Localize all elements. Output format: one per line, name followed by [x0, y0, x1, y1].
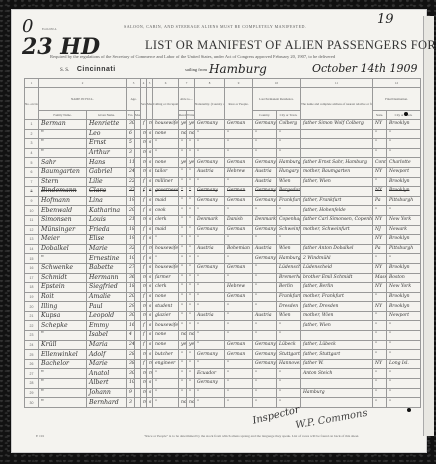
residence-city: Schweinfurt	[277, 225, 301, 235]
residence-city: Hannover	[277, 359, 301, 369]
table-row: 24KrüllMaria24fsnoneyesyes"GermanGermany…	[25, 340, 421, 350]
nationality: "	[195, 331, 225, 341]
dest-city: Boston	[387, 273, 421, 283]
header-name-in-full: NAME IN FULL.	[39, 88, 127, 111]
row-number: 20	[25, 302, 39, 312]
dest-state: NY	[373, 167, 387, 177]
age-years: 6	[127, 129, 135, 139]
race: "	[225, 139, 253, 149]
nationality: Germany	[195, 187, 225, 197]
residence-city: Wien	[277, 311, 301, 321]
residence-country: Germany	[253, 158, 277, 168]
nearest-relative: father, Berlin	[301, 283, 373, 293]
nearest-relative: father, Wien	[301, 321, 373, 331]
family-name: Meier	[39, 235, 87, 245]
punch-mark	[404, 112, 408, 116]
calling: housewife	[153, 321, 179, 331]
can-write: "	[187, 206, 195, 216]
col-number: 8	[195, 79, 225, 88]
table-row: 16SchwenkeBabette27fshousewife""GermanyG…	[25, 263, 421, 273]
residence-country: "	[253, 263, 277, 273]
sex: m	[141, 215, 147, 225]
age-years: 3	[127, 148, 135, 158]
nearest-relative: Hamburg	[301, 388, 373, 398]
age-years: 10	[127, 254, 135, 264]
residence-city: "	[277, 331, 301, 341]
sex: m	[141, 388, 147, 398]
residence-country: Germany	[253, 187, 277, 197]
row-number: 12	[25, 225, 39, 235]
dest-city: New York	[387, 215, 421, 225]
sex: m	[141, 139, 147, 149]
can-write: "	[187, 235, 195, 245]
residence-country: "	[253, 273, 277, 283]
residence-city: Lübeck	[277, 340, 301, 350]
residence-country: Germany	[253, 350, 277, 360]
calling: glazier	[153, 311, 179, 321]
nationality: "	[195, 292, 225, 302]
age-years: 16	[127, 321, 135, 331]
header-relative: The name and complete address of nearest…	[301, 88, 373, 120]
residence-city: Bremerhaven	[277, 273, 301, 283]
col-number: 7	[179, 79, 195, 88]
nearest-relative: father Carl Simonsen, Copenhagen	[301, 215, 373, 225]
family-name: Schwenke	[39, 263, 87, 273]
can-read: "	[179, 273, 187, 283]
table-row: 17SchmidtHermann36msfarmer"""""Bremerhav…	[25, 273, 421, 283]
nearest-relative: father, Frankfurt	[301, 196, 373, 206]
col-number: 3	[127, 79, 141, 88]
row-number: 29	[25, 388, 39, 398]
row-number: 13	[25, 235, 39, 245]
sailing-from-label: sailing from	[185, 67, 207, 72]
race: "	[225, 331, 253, 341]
can-write: "	[187, 139, 195, 149]
can-read: "	[179, 379, 187, 389]
dest-city: Brooklyn	[387, 235, 421, 245]
can-read: "	[179, 369, 187, 379]
residence-country: Germany	[253, 196, 277, 206]
sex: m	[141, 148, 147, 158]
race: "	[225, 369, 253, 379]
residence-city: "	[277, 369, 301, 379]
calling: milliner	[153, 177, 179, 187]
table-row: 18EpsteinSiegfried18msclerk"""Hebrew"Ber…	[25, 283, 421, 293]
race: "	[225, 273, 253, 283]
ship-line: S. S. Cincinnati sailing from	[60, 66, 207, 73]
nearest-relative: father, Hohenfelde	[301, 206, 373, 216]
departure-date: October 14th 1909	[312, 62, 418, 75]
residence-city: Hungary	[277, 167, 301, 177]
col-number: 11	[301, 79, 373, 88]
nationality: "	[195, 302, 225, 312]
row-number: 17	[25, 273, 39, 283]
age-years: 28	[127, 350, 135, 360]
race: "	[225, 235, 253, 245]
can-write: "	[187, 177, 195, 187]
table-row: 19RoitAmalie20fsnone"""German"Frankfurtm…	[25, 292, 421, 302]
dest-state: NY	[373, 187, 387, 197]
can-read: no	[179, 398, 187, 408]
table-row: 28"Albert10ms"""Germany"""""	[25, 379, 421, 389]
dest-city: "	[387, 139, 421, 149]
family-name: "	[39, 331, 87, 341]
given-name: Babette	[87, 263, 127, 273]
table-row: 3"Ernst5ms"""""""""	[25, 139, 421, 149]
calling: housewife	[153, 263, 179, 273]
age-years: 18	[127, 283, 135, 293]
dest-city: "	[387, 331, 421, 341]
family-name: Kupsa	[39, 311, 87, 321]
race: "	[225, 398, 253, 408]
age-years: 11	[127, 158, 135, 168]
residence-country: Germany	[253, 340, 277, 350]
marital-status: m	[147, 369, 153, 379]
dest-state: NY	[373, 235, 387, 245]
can-read: no	[179, 129, 187, 139]
can-write: "	[187, 148, 195, 158]
dest-state: NY	[373, 283, 387, 293]
given-name: Louis	[87, 215, 127, 225]
dest-state: "	[373, 206, 387, 216]
header-able-to: Able to—	[179, 88, 195, 111]
given-name: Albert	[87, 379, 127, 389]
can-write: "	[187, 187, 195, 197]
nationality: "	[195, 177, 225, 187]
header-final-destination: Final Destination.	[373, 88, 421, 111]
age-years: 21	[127, 215, 135, 225]
dest-city: Newport	[387, 167, 421, 177]
table-row: 21KupsaLeopold30msglazier""Austria"Austr…	[25, 311, 421, 321]
dest-state: NY	[373, 215, 387, 225]
age-years: 37	[127, 187, 135, 197]
residence-city: Copenhagen	[277, 215, 301, 225]
residence-city: Stuttgart	[277, 350, 301, 360]
residence-country: Germany	[253, 225, 277, 235]
can-write: no	[187, 129, 195, 139]
table-row: 1BermanHenriette30fmhousewifeyesyesGerma…	[25, 120, 421, 130]
race: German	[225, 120, 253, 130]
dest-state: "	[373, 321, 387, 331]
header-city: City or Town.	[277, 111, 301, 120]
age-years: 36	[127, 273, 135, 283]
column-header-row: No. on List. NAME IN FULL. Age. Sex. Mar…	[25, 88, 421, 111]
can-read: "	[179, 292, 187, 302]
nearest-relative: father, Stuttgart	[301, 350, 373, 360]
row-number: 6	[25, 167, 39, 177]
residence-city: Frankfurt	[277, 196, 301, 206]
given-name: Leo	[87, 129, 127, 139]
age-years: 5	[127, 139, 135, 149]
sex: m	[141, 167, 147, 177]
age-years: 20	[127, 206, 135, 216]
age-years: 32	[127, 244, 135, 254]
family-name: Stern	[39, 177, 87, 187]
footer-note: "Race or People" is to be determined by …	[144, 434, 359, 438]
given-name: Isabel	[87, 331, 127, 341]
age-years: 30	[127, 120, 135, 130]
residence-city: Dresden	[277, 302, 301, 312]
residence-country: "	[253, 148, 277, 158]
dest-city: "	[387, 148, 421, 158]
nationality: Germany	[195, 196, 225, 206]
header-nationality: Nationality. (Country of which citizen o…	[195, 88, 225, 120]
given-name: Lilie	[87, 177, 127, 187]
given-name: Ernestine	[87, 254, 127, 264]
nationality: Ecuador	[195, 369, 225, 379]
dest-state: "	[373, 369, 387, 379]
nationality: "	[195, 129, 225, 139]
calling: farmer	[153, 273, 179, 283]
residence-country: "	[253, 129, 277, 139]
dest-city: "	[387, 388, 421, 398]
table-row: 4"Arthur3ms"""""""""	[25, 148, 421, 158]
row-number: 8	[25, 187, 39, 197]
dest-city: "	[387, 254, 421, 264]
calling: housewife	[153, 120, 179, 130]
can-write: "	[187, 167, 195, 177]
nationality: Austria	[195, 167, 225, 177]
row-number: 26	[25, 359, 39, 369]
given-name: Arthur	[87, 148, 127, 158]
family-name: Hofmann	[39, 196, 87, 206]
dest-city: Long Isl.	[387, 359, 421, 369]
nearest-relative: father W.	[301, 359, 373, 369]
col-number: 9	[225, 79, 253, 88]
residence-city: "	[277, 379, 301, 389]
header-write: Write.	[187, 111, 195, 120]
dest-city: New York	[387, 283, 421, 293]
nearest-relative: father Simon Wolf Colberg	[301, 120, 373, 130]
can-read: yes	[179, 158, 187, 168]
can-read: "	[179, 254, 187, 264]
nationality: "	[195, 273, 225, 283]
header-country: Country.	[253, 111, 277, 120]
nationality: "	[195, 206, 225, 216]
table-row: 26BachelorMarie38fmengineer""""GermanyHa…	[25, 359, 421, 369]
can-read: "	[179, 139, 187, 149]
dest-state: NY	[373, 263, 387, 273]
residence-country: "	[253, 139, 277, 149]
dest-state: "	[373, 254, 387, 264]
nationality: "	[195, 235, 225, 245]
table-row: 15"Ernestine10fs"""""GermanyHamburg2 Win…	[25, 254, 421, 264]
age-years: 4	[127, 331, 135, 341]
residence-country: "	[253, 206, 277, 216]
race: "	[225, 302, 253, 312]
row-number: 1	[25, 120, 39, 130]
race: "	[225, 379, 253, 389]
can-write: no	[187, 398, 195, 408]
nearest-relative: mother, Schweinfurt	[301, 225, 373, 235]
calling: "	[153, 139, 179, 149]
residence-country: Austria	[253, 311, 277, 321]
row-number: 11	[25, 215, 39, 225]
given-name: Anatol	[87, 369, 127, 379]
header-age-mos: Mos.	[135, 111, 141, 120]
family-name: "	[39, 388, 87, 398]
can-read: "	[179, 148, 187, 158]
marital-status: m	[147, 120, 153, 130]
race: Hebrew	[225, 167, 253, 177]
calling: "	[153, 398, 179, 408]
race: "	[225, 321, 253, 331]
row-number: 24	[25, 340, 39, 350]
given-name: Henriette	[87, 120, 127, 130]
can-read: "	[179, 244, 187, 254]
age-years: 18	[127, 225, 135, 235]
nationality: "	[195, 254, 225, 264]
sex: m	[141, 158, 147, 168]
residence-country: "	[253, 369, 277, 379]
departure-port: Hamburg	[209, 62, 267, 76]
can-read: "	[179, 196, 187, 206]
calling: clerk	[153, 215, 179, 225]
can-read: "	[179, 177, 187, 187]
document-title: LIST OR MANIFEST OF ALIEN PASSENGERS FOR…	[145, 38, 436, 53]
passenger-manifest-table: 1 2 3 4 5 6 7 8 9 10 11 12 No. on List. …	[24, 78, 421, 408]
nearest-relative: Lüdenscheid	[301, 263, 373, 273]
dest-state: "	[373, 311, 387, 321]
official-signature: W.P. Commons	[295, 408, 369, 432]
nearest-relative	[301, 398, 373, 408]
residence-city: Wien	[277, 244, 301, 254]
dest-city: Brooklyn	[387, 177, 421, 187]
given-name: Ernst	[87, 139, 127, 149]
residence-country: Austria	[253, 244, 277, 254]
family-name: Illing	[39, 302, 87, 312]
nearest-relative: 2 Windmühl	[301, 254, 373, 264]
residence-city: Lüdenscheid	[277, 263, 301, 273]
dest-state: "	[373, 148, 387, 158]
family-name: "	[39, 369, 87, 379]
marital-status: m	[147, 244, 153, 254]
can-write: "	[187, 273, 195, 283]
dest-city: Newport	[387, 311, 421, 321]
row-number: 2	[25, 129, 39, 139]
can-read: "	[179, 350, 187, 360]
residence-city: Frankfurt	[277, 292, 301, 302]
sex: m	[141, 302, 147, 312]
age-years: 22	[127, 177, 135, 187]
residence-city: "	[277, 139, 301, 149]
age-years: 19	[127, 235, 135, 245]
nearest-relative	[301, 129, 373, 139]
residence-country: Austria	[253, 167, 277, 177]
table-row: 22SchepkeEmmy16fshousewife""""""father, …	[25, 321, 421, 331]
dest-city: Brooklyn	[387, 302, 421, 312]
nearest-relative	[301, 331, 373, 341]
row-number: 9	[25, 196, 39, 206]
calling: none	[153, 129, 179, 139]
table-row: 23"Isabel4fsnonenono""""""	[25, 331, 421, 341]
age-years: 19	[127, 196, 135, 206]
punch-mark	[407, 408, 411, 412]
nationality: "	[195, 283, 225, 293]
race: "	[225, 177, 253, 187]
table-row: 12MünsingerFrieda18fsmaid""GermanyGerman…	[25, 225, 421, 235]
family-name: Münsinger	[39, 225, 87, 235]
calling: cook	[153, 206, 179, 216]
residence-city: Wien	[277, 177, 301, 187]
header-age-yrs: Yrs.	[127, 111, 135, 120]
dest-city: Brooklyn	[387, 187, 421, 197]
age-years: 20	[127, 292, 135, 302]
residence-country: "	[253, 379, 277, 389]
calling: none	[153, 158, 179, 168]
race: "	[225, 254, 253, 264]
race: "	[225, 206, 253, 216]
can-read: "	[179, 359, 187, 369]
age-years: 27	[127, 263, 135, 273]
col-number: 10	[253, 79, 301, 88]
family-name: "	[39, 148, 87, 158]
residence-country: "	[253, 292, 277, 302]
age-years: 38	[127, 359, 135, 369]
nationality: Austria	[195, 244, 225, 254]
header-state: State.	[373, 111, 387, 120]
age-years: 30	[127, 369, 135, 379]
footer-form-code: E 191	[36, 434, 44, 438]
residence-city: Berlin	[277, 283, 301, 293]
dest-state: NY	[373, 120, 387, 130]
nearest-relative: father, Lübeck	[301, 340, 373, 350]
dest-state: "	[373, 177, 387, 187]
row-number: 30	[25, 398, 39, 408]
can-read: "	[179, 215, 187, 225]
row-number: 3	[25, 139, 39, 149]
header-small-print: SALOON, CABIN, AND STEERAGE ALIENS MUST …	[124, 24, 306, 29]
nationality: "	[195, 388, 225, 398]
nearest-relative: mother, Frankfurt	[301, 292, 373, 302]
sex: m	[141, 350, 147, 360]
can-write: yes	[187, 120, 195, 130]
can-write: "	[187, 311, 195, 321]
table-row: 10EbenwaldKatharina20fscook""""""father,…	[25, 206, 421, 216]
col-number: 2	[39, 79, 127, 88]
nationality: "	[195, 398, 225, 408]
family-name: Ellenwinkel	[39, 350, 87, 360]
nearest-relative: father, Dresden	[301, 302, 373, 312]
dest-state: "	[373, 331, 387, 341]
calling: butcher	[153, 350, 179, 360]
table-row: 25EllenwinkelAdolf28msbutcher""GermanyGe…	[25, 350, 421, 360]
race: German	[225, 340, 253, 350]
age-years: 10	[127, 379, 135, 389]
residence-city: "	[277, 148, 301, 158]
manifest-page: 0 23 HD 19 Form 630 A SALOON, CABIN, AND…	[12, 10, 426, 452]
nationality: Germany	[195, 350, 225, 360]
table-row: 14DobalkelMarie32fmhousewife""AustriaBoh…	[25, 244, 421, 254]
can-read: "	[179, 263, 187, 273]
nationality: Germany	[195, 379, 225, 389]
calling: maid	[153, 225, 179, 235]
can-write: "	[187, 388, 195, 398]
given-name: Katharina	[87, 206, 127, 216]
given-name: Bernhard	[87, 398, 127, 408]
dest-city: Brooklyn	[387, 263, 421, 273]
dest-city: "	[387, 369, 421, 379]
dest-city: Newark	[387, 225, 421, 235]
family-name: Epstein	[39, 283, 87, 293]
residence-country: Germany	[253, 359, 277, 369]
can-read: "	[179, 302, 187, 312]
table-row: 29"Johann9ms"""""""Hamburg""	[25, 388, 421, 398]
nationality: "	[195, 148, 225, 158]
can-write: "	[187, 359, 195, 369]
can-read: "	[179, 187, 187, 197]
family-name: Krüll	[39, 340, 87, 350]
